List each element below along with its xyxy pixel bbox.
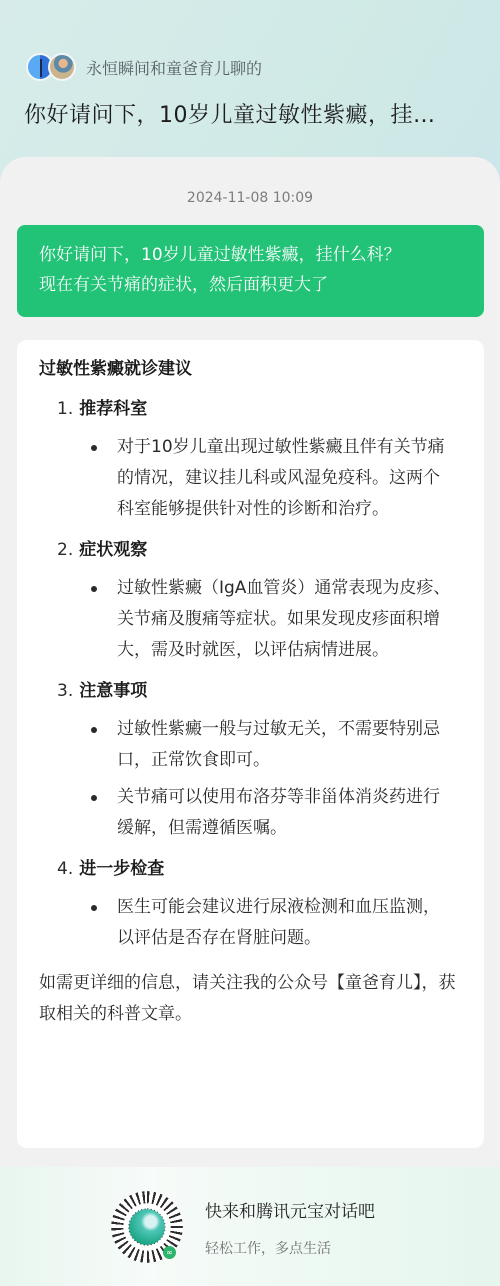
section-title: 症状观察 xyxy=(79,535,147,565)
bullet-icon xyxy=(91,727,97,733)
list-item: 过敏性紫癜（IgA血管炎）通常表现为皮疹、关节痛及腹痛等症状。如果发现皮疹面积增… xyxy=(117,573,456,666)
section-title: 注意事项 xyxy=(79,676,147,706)
list-item: 过敏性紫癜一般与过敏无关，不需要特别忌口，正常饮食即可。 xyxy=(117,714,456,776)
user-message-line-2: 现在有关节痛的症状，然后面积更大了 xyxy=(39,270,462,300)
mini-program-icon: ∞ xyxy=(163,1246,176,1259)
bullet-icon xyxy=(91,586,97,592)
section-symptom-observation: 2. 症状观察 过敏性紫癜（IgA血管炎）通常表现为皮疹、关节痛及腹痛等症状。如… xyxy=(39,535,462,666)
section-title: 推荐科室 xyxy=(79,394,147,424)
promo-banner: ∞ 快来和腾讯元宝对话吧 轻松工作，多点生活 xyxy=(0,1167,500,1286)
list-item: 医生可能会建议进行尿液检测和血压监测，以评估是否存在肾脏问题。 xyxy=(117,892,456,954)
user-message-line-1: 你好请问下，10岁儿童过敏性紫癜，挂什么科？ xyxy=(39,240,462,270)
section-precautions: 3. 注意事项 过敏性紫癜一般与过敏无关，不需要特别忌口，正常饮食即可。 关节痛… xyxy=(39,676,462,844)
section-number: 3. xyxy=(57,676,73,706)
answer-footer-note: 如需更详细的信息，请关注我的公众号【童爸育儿】，获取相关的科普文章。 xyxy=(39,968,462,1030)
answer-heading: 过敏性紫癜就诊建议 xyxy=(39,354,462,384)
section-number: 4. xyxy=(57,854,73,884)
assistant-answer-card: 过敏性紫癜就诊建议 1. 推荐科室 对于10岁儿童出现过敏性紫癜且伴有关节痛的情… xyxy=(17,340,484,1148)
bullet-icon xyxy=(91,795,97,801)
section-further-examination: 4. 进一步检查 医生可能会建议进行尿液检测和血压监测，以评估是否存在肾脏问题。 xyxy=(39,854,462,954)
message-timestamp: 2024-11-08 10:09 xyxy=(0,190,500,206)
conversation-title: 你好请问下，10岁儿童过敏性紫癜，挂… xyxy=(24,98,484,129)
yuanbao-logo-icon xyxy=(129,1209,165,1245)
user-avatar-icon xyxy=(48,53,76,81)
promo-subtitle: 轻松工作，多点生活 xyxy=(205,1238,331,1258)
list-item: 关节痛可以使用布洛芬等非甾体消炎药进行缓解，但需遵循医嘱。 xyxy=(117,782,456,844)
section-recommended-department: 1. 推荐科室 对于10岁儿童出现过敏性紫癜且伴有关节痛的情况，建议挂儿科或风湿… xyxy=(39,394,462,525)
user-message-bubble: 你好请问下，10岁儿童过敏性紫癜，挂什么科？ 现在有关节痛的症状，然后面积更大了 xyxy=(17,225,484,317)
bullet-icon xyxy=(91,905,97,911)
section-number: 1. xyxy=(57,394,73,424)
section-number: 2. xyxy=(57,535,73,565)
share-info: 永恒瞬间和童爸育儿聊的 xyxy=(26,50,262,84)
section-title: 进一步检查 xyxy=(79,854,164,884)
list-item: 对于10岁儿童出现过敏性紫癜且伴有关节痛的情况，建议挂儿科或风湿免疫科。这两个科… xyxy=(117,432,456,525)
promo-title: 快来和腾讯元宝对话吧 xyxy=(205,1197,375,1222)
conversation-header: 永恒瞬间和童爸育儿聊的 你好请问下，10岁儿童过敏性紫癜，挂… xyxy=(0,0,500,160)
bullet-icon xyxy=(91,445,97,451)
share-text: 永恒瞬间和童爸育儿聊的 xyxy=(86,56,262,79)
